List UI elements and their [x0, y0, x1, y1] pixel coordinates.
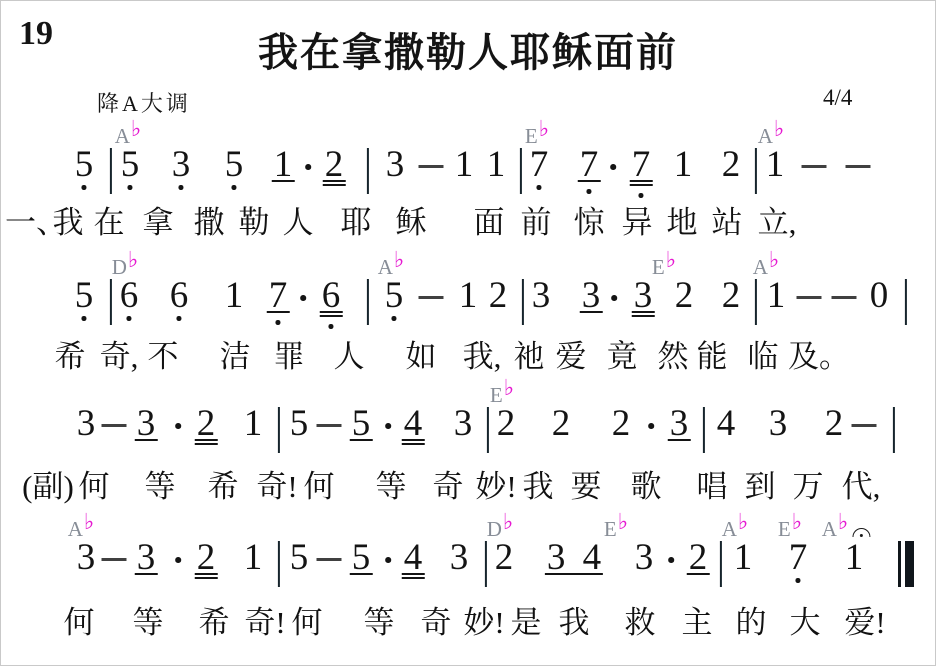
duration-dash: [419, 165, 444, 168]
note: 3: [77, 405, 96, 442]
lyric-syllable: 等: [364, 607, 395, 638]
lyric-syllable: 何: [64, 607, 95, 638]
note-digit: 5: [75, 277, 94, 314]
note-digit: 3: [137, 539, 156, 576]
note: 0: [870, 277, 889, 314]
low-octave-dot: [232, 185, 237, 190]
lyric-syllable: 的: [736, 607, 767, 638]
music-line: 5D♭66176A♭51233E♭322A♭10: [1, 277, 936, 337]
augmentation-dot: [648, 423, 654, 429]
flat-sign-icon: ♭: [539, 116, 549, 141]
music-line: 33215543E♭2223432: [1, 405, 936, 465]
note-digit: 7: [580, 146, 599, 183]
note: 1: [674, 146, 693, 183]
note: 1: [455, 146, 474, 183]
note-digit: 1: [244, 539, 263, 576]
low-octave-dot: [796, 578, 801, 583]
note-digit: 2: [489, 277, 508, 314]
note-digit: 3: [386, 146, 405, 183]
barline: [367, 148, 369, 194]
flat-sign-icon: ♭: [769, 247, 779, 272]
lyric-syllable: 罪: [274, 341, 305, 372]
barline: [703, 407, 705, 453]
note: 1: [244, 405, 263, 442]
low-octave-dot: [329, 324, 334, 329]
barline: [522, 279, 524, 325]
note: 5: [75, 277, 94, 314]
note-digit: 2: [612, 405, 631, 442]
note-digit: 4: [404, 405, 423, 442]
note: 1: [225, 277, 244, 314]
lyric-syllable: 能: [697, 341, 728, 372]
lyric-syllable: 奇!: [256, 471, 297, 502]
augmentation-dot: [305, 164, 311, 170]
barline: [905, 279, 907, 325]
lyric-syllable: 奇!: [244, 607, 285, 638]
note-digit: 1: [767, 277, 786, 314]
note-digit: 3: [670, 405, 689, 442]
lyric-syllable: 何: [304, 471, 335, 502]
note: 2: [825, 405, 844, 442]
augmentation-dot: [668, 557, 674, 563]
note: A♭5: [121, 146, 140, 183]
note-digit: 7: [269, 277, 288, 314]
chord-letter: E: [604, 517, 617, 541]
lyric-syllable: 撒: [194, 207, 225, 238]
note: 6: [170, 277, 189, 314]
lyric-syllable: 何: [79, 471, 110, 502]
note-digit: 5: [121, 146, 140, 183]
lyric-syllable: 救: [625, 607, 656, 638]
note: E♭2: [497, 405, 516, 442]
note: 3: [137, 405, 156, 442]
note: 5: [352, 405, 371, 442]
note: A♭5: [385, 277, 404, 314]
note-digit: 3: [454, 405, 473, 442]
duration-dash: [102, 424, 127, 427]
lyric-syllable: 地: [667, 207, 698, 238]
lyric-syllable: 我: [53, 207, 84, 238]
final-barline-thin: [898, 541, 901, 587]
note: 1: [274, 146, 293, 183]
note-digit: 3: [450, 539, 469, 576]
note-digit: 6: [120, 277, 139, 314]
note: 3: [670, 405, 689, 442]
note: 3: [635, 539, 654, 576]
note: E♭3: [634, 277, 653, 314]
note-digit: 3: [635, 539, 654, 576]
lyric-syllable: 异: [622, 207, 653, 238]
lyric-syllable: 奇,: [100, 341, 139, 372]
note: 1: [244, 539, 263, 576]
note-digit: 2: [722, 277, 741, 314]
lyric-syllable: 唱: [697, 471, 728, 502]
note: 5: [75, 146, 94, 183]
note: 2: [722, 277, 741, 314]
note: 4: [404, 405, 423, 442]
note: 6: [322, 277, 341, 314]
lyric-syllable: 主: [682, 607, 713, 638]
flat-sign-icon: ♭: [128, 247, 138, 272]
note-digit: 2: [825, 405, 844, 442]
lyric-syllable: 代,: [842, 471, 881, 502]
lyric-syllable: 要: [571, 471, 602, 502]
fermata-icon: [852, 528, 870, 537]
lyric-line: 何等希奇!何等奇妙!是我救主的大爱!: [1, 607, 936, 647]
note: 2: [552, 405, 571, 442]
chord-letter: E: [652, 255, 665, 279]
note: 7: [632, 146, 651, 183]
note-digit: 5: [75, 146, 94, 183]
note-digit: 1: [455, 146, 474, 183]
note-digit: 5: [352, 405, 371, 442]
lyric-syllable: 竟: [607, 341, 638, 372]
lyric-syllable: 我: [523, 471, 554, 502]
low-octave-dot: [128, 185, 133, 190]
note-digit: 6: [170, 277, 189, 314]
lyric-syllable: 然: [658, 341, 689, 372]
augmentation-dot: [610, 164, 616, 170]
lyric-syllable: 我,: [463, 341, 502, 372]
duration-dash: [802, 165, 827, 168]
lyric-syllable: 到: [745, 471, 776, 502]
note-digit: 1: [734, 539, 753, 576]
lyric-syllable: 希: [55, 341, 86, 372]
note: 7: [580, 146, 599, 183]
augmentation-dot: [385, 423, 391, 429]
note-digit: 7: [789, 539, 808, 576]
note: 3: [450, 539, 469, 576]
note-digit: 2: [675, 277, 694, 314]
barline: [278, 407, 280, 453]
low-octave-dot: [537, 185, 542, 190]
barline: [520, 148, 522, 194]
note: 3: [769, 405, 788, 442]
lyric-syllable: 妙!: [463, 607, 504, 638]
lyric-line: (副)何等希奇!何等奇妙!我要歌唱到万代,: [1, 471, 936, 511]
note: A♭3: [77, 539, 96, 576]
lyric-syllable: 希: [199, 607, 230, 638]
note-digit: 3: [634, 277, 653, 314]
lyric-syllable: 妙!: [475, 471, 516, 502]
note-digit: 1: [244, 405, 263, 442]
note: 1: [487, 146, 506, 183]
duration-dash: [419, 296, 444, 299]
lyric-syllable: 在: [94, 207, 125, 238]
note-digit: 3: [77, 539, 96, 576]
barline: [367, 279, 369, 325]
lyric-syllable: 何: [292, 607, 323, 638]
note-digit: 2: [197, 539, 216, 576]
note-digit: 1: [225, 277, 244, 314]
duration-dash: [832, 296, 857, 299]
lyric-syllable: 稣: [396, 207, 427, 238]
note-digit: 3 4: [547, 539, 601, 576]
note-digit: 3: [769, 405, 788, 442]
note-digit: 2: [689, 539, 708, 576]
low-octave-dot: [639, 193, 644, 198]
lyric-syllable: 临: [748, 341, 779, 372]
low-octave-dot: [82, 185, 87, 190]
barline: [755, 279, 757, 325]
flat-sign-icon: ♭: [792, 509, 802, 534]
low-octave-dot: [276, 320, 281, 325]
note-digit: 0: [870, 277, 889, 314]
note-digit: 4: [717, 405, 736, 442]
note: 2: [325, 146, 344, 183]
lyric-syllable: 惊: [574, 207, 605, 238]
note-digit: 3: [582, 277, 601, 314]
note: 4: [404, 539, 423, 576]
lyric-syllable: 等: [145, 471, 176, 502]
note-digit: 2: [325, 146, 344, 183]
flat-sign-icon: ♭: [131, 116, 141, 141]
note: 3: [137, 539, 156, 576]
note: A♭1: [767, 277, 786, 314]
note: 2: [675, 277, 694, 314]
note-digit: 5: [290, 539, 309, 576]
note-digit: 5: [352, 539, 371, 576]
low-octave-dot: [587, 189, 592, 194]
note: E♭7: [530, 146, 549, 183]
low-octave-dot: [392, 316, 397, 321]
note: 4: [717, 405, 736, 442]
lyric-syllable: 及。: [788, 341, 850, 372]
note-digit: 1: [459, 277, 478, 314]
lyric-syllable: 洁: [220, 341, 251, 372]
lyric-syllable: 奇: [421, 607, 452, 638]
lyric-syllable: 大: [790, 607, 821, 638]
barline: [720, 541, 722, 587]
lyric-syllable: 拿: [143, 207, 174, 238]
note: A♭1: [766, 146, 785, 183]
lyric-syllable: 奇: [433, 471, 464, 502]
music-line: 5A♭53512311E♭77712A♭1: [1, 146, 936, 206]
note-digit: 1: [674, 146, 693, 183]
flat-sign-icon: ♭: [618, 509, 628, 534]
note: A♭1: [734, 539, 753, 576]
duration-dash: [102, 558, 127, 561]
final-barline-thick: [905, 541, 914, 587]
duration-dash: [846, 165, 871, 168]
note: 2: [689, 539, 708, 576]
note: 2: [489, 277, 508, 314]
note-digit: 7: [632, 146, 651, 183]
lyric-syllable: 等: [133, 607, 164, 638]
note: E♭7: [789, 539, 808, 576]
barline: [110, 279, 112, 325]
note: 2: [197, 539, 216, 576]
note: 3: [386, 146, 405, 183]
augmentation-dot: [175, 423, 181, 429]
note: A♭1: [845, 539, 864, 576]
note: 7: [269, 277, 288, 314]
score: 5A♭53512311E♭77712A♭15D♭66176A♭51233E♭32…: [1, 1, 936, 666]
note-digit: 2: [722, 146, 741, 183]
note-digit: 7: [530, 146, 549, 183]
low-octave-dot: [127, 316, 132, 321]
note: 2: [722, 146, 741, 183]
note: 3: [582, 277, 601, 314]
note-digit: 2: [197, 405, 216, 442]
final-barline: [898, 541, 914, 587]
flat-sign-icon: ♭: [503, 509, 513, 534]
augmentation-dot: [175, 557, 181, 563]
note: 2: [197, 405, 216, 442]
note: 5: [225, 146, 244, 183]
duration-dash: [852, 424, 877, 427]
note: 3: [454, 405, 473, 442]
lyric-syllable: 等: [376, 471, 407, 502]
note-digit: 3: [172, 146, 191, 183]
note-digit: 4: [404, 539, 423, 576]
note-digit: 1: [274, 146, 293, 183]
note: 5: [290, 539, 309, 576]
note: D♭2: [495, 539, 514, 576]
flat-sign-icon: ♭: [394, 247, 404, 272]
lyric-syllable: (副): [22, 471, 74, 502]
duration-dash: [317, 558, 342, 561]
barline: [755, 148, 757, 194]
note-digit: 1: [766, 146, 785, 183]
lyric-syllable: 人: [283, 207, 314, 238]
note-digit: 6: [322, 277, 341, 314]
augmentation-dot: [385, 557, 391, 563]
lyric-syllable: 前: [521, 207, 552, 238]
duration-dash: [317, 424, 342, 427]
note: 2: [612, 405, 631, 442]
note-digit: 5: [385, 277, 404, 314]
lyric-syllable: 站: [712, 207, 743, 238]
augmentation-dot: [300, 295, 306, 301]
note-digit: 3: [137, 405, 156, 442]
barline: [278, 541, 280, 587]
note: 5: [352, 539, 371, 576]
flat-sign-icon: ♭: [84, 509, 94, 534]
lyric-line: 希奇,不洁罪人如我,祂爱竟然能临及。: [1, 341, 936, 381]
lyric-syllable: 祂: [514, 341, 545, 372]
lyric-syllable: 爱!: [844, 607, 885, 638]
duration-dash: [797, 296, 822, 299]
lyric-syllable: 人: [334, 341, 365, 372]
flat-sign-icon: ♭: [738, 509, 748, 534]
lyric-syllable: 面: [474, 207, 505, 238]
note-digit: 2: [552, 405, 571, 442]
chord-symbol: E♭: [652, 244, 676, 281]
lyric-line: 一、我在拿撒勒人耶稣面前惊异地站立,: [1, 207, 936, 247]
flat-sign-icon: ♭: [666, 247, 676, 272]
note-digit: 2: [495, 539, 514, 576]
chord-letter: A: [753, 255, 768, 279]
lyric-syllable: 我: [559, 607, 590, 638]
note-digit: 3: [77, 405, 96, 442]
note-digit: 1: [487, 146, 506, 183]
barline: [893, 407, 895, 453]
music-line: A♭33215543D♭2E♭3 432A♭1E♭7A♭1: [1, 539, 936, 599]
low-octave-dot: [177, 316, 182, 321]
barline: [485, 541, 487, 587]
hymn-sheet-page: 19 我在拿撒勒人耶稣面前 降A大调 4/4 5A♭53512311E♭7771…: [0, 0, 936, 666]
barline: [487, 407, 489, 453]
chord-symbol: E♭: [604, 506, 628, 543]
lyric-syllable: 歌: [631, 471, 662, 502]
lyric-syllable: 立,: [758, 207, 797, 238]
note: 3: [172, 146, 191, 183]
lyric-syllable: 爱: [556, 341, 587, 372]
note-digit: 3: [532, 277, 551, 314]
lyric-syllable: 希: [208, 471, 239, 502]
lyric-syllable: 万: [793, 471, 824, 502]
lyric-syllable: 耶: [341, 207, 372, 238]
low-octave-dot: [179, 185, 184, 190]
chord-letter: A: [822, 517, 837, 541]
flat-sign-icon: ♭: [838, 509, 848, 534]
lyric-syllable: 不: [148, 341, 179, 372]
note-digit: 5: [290, 405, 309, 442]
augmentation-dot: [611, 295, 617, 301]
note-digit: 5: [225, 146, 244, 183]
note: 1: [459, 277, 478, 314]
lyric-syllable: 是: [511, 607, 542, 638]
lyric-syllable: 如: [406, 341, 437, 372]
lyric-syllable: 勒: [239, 207, 270, 238]
note: E♭3 4: [547, 539, 601, 576]
note: 3: [532, 277, 551, 314]
note-digit: 2: [497, 405, 516, 442]
note: 5: [290, 405, 309, 442]
low-octave-dot: [82, 316, 87, 321]
barline: [110, 148, 112, 194]
note-digit: 1: [845, 539, 864, 576]
note: D♭6: [120, 277, 139, 314]
flat-sign-icon: ♭: [774, 116, 784, 141]
